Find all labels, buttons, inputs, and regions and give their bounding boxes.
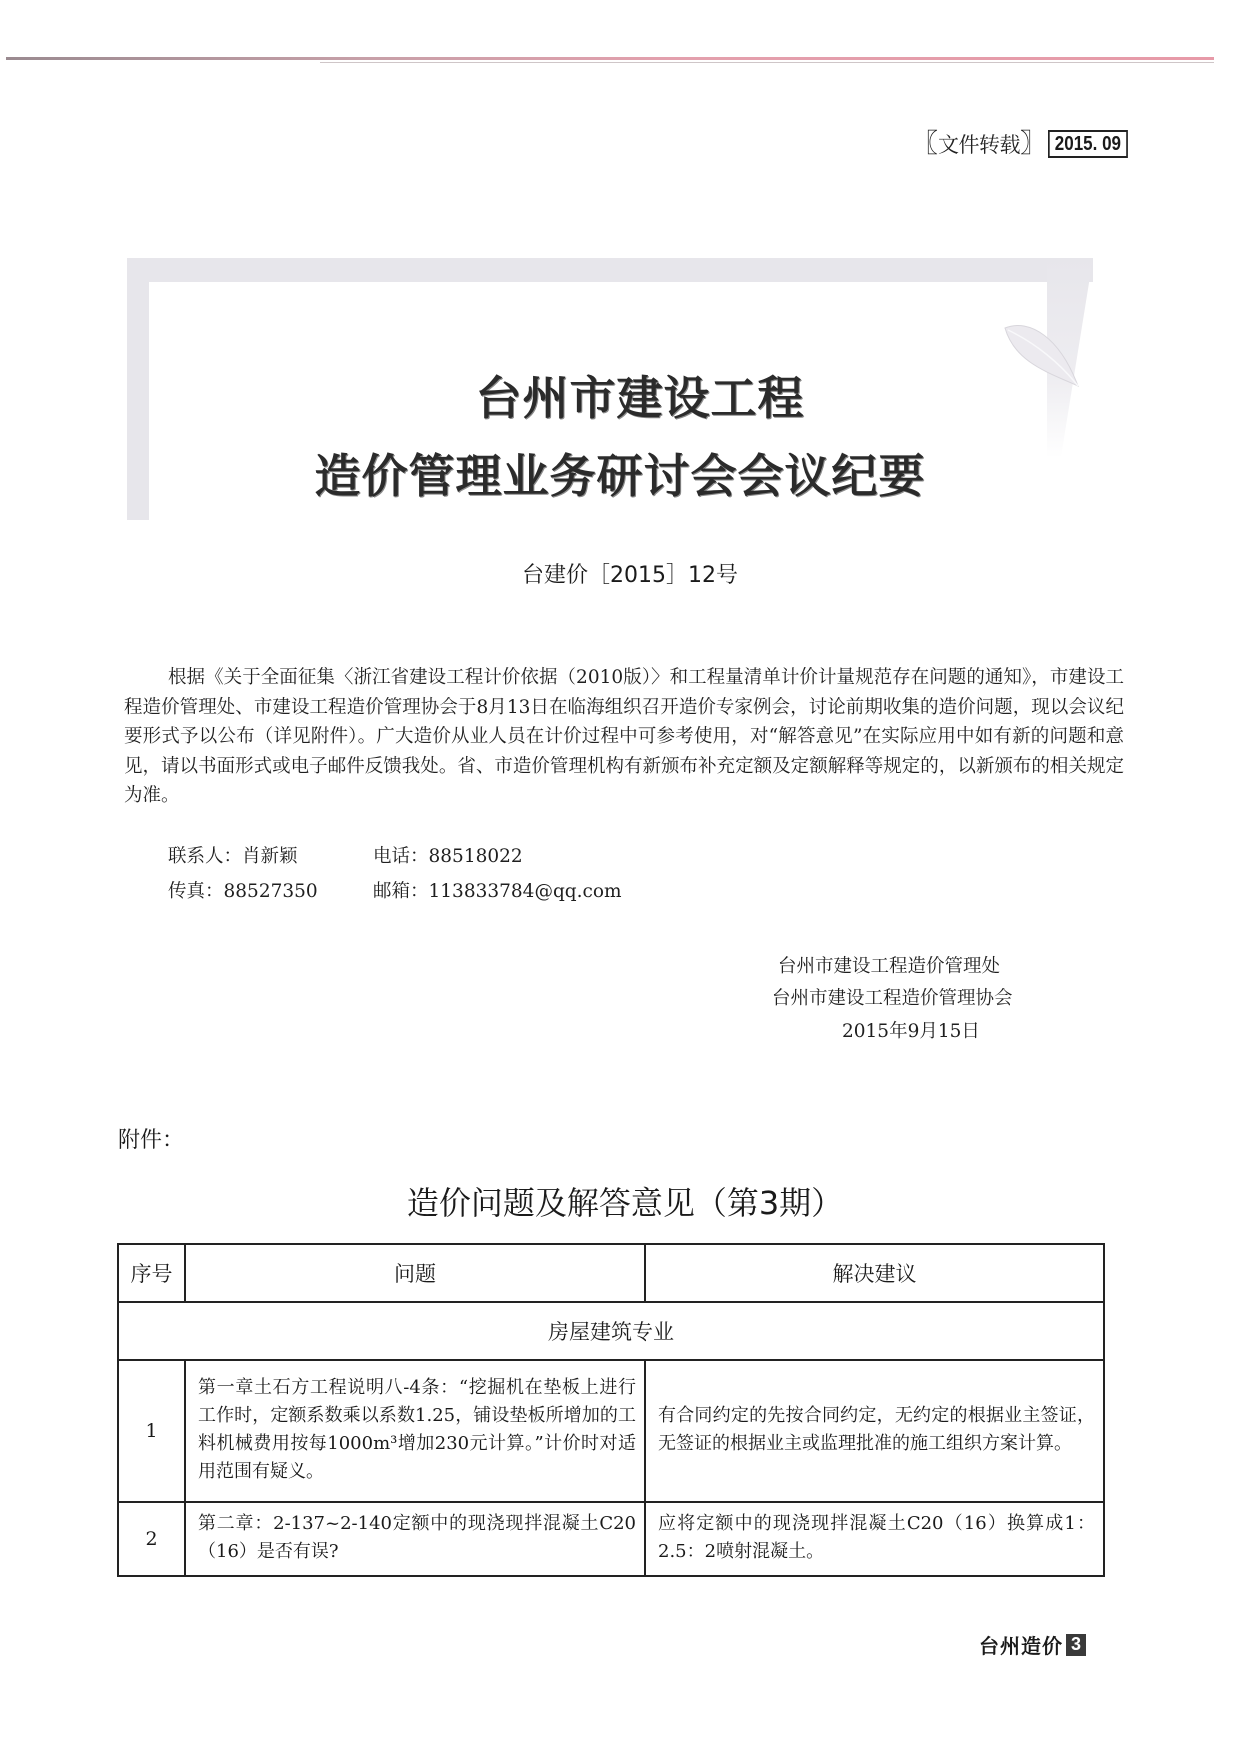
header-question: 问题 — [185, 1244, 645, 1302]
contact-person: 联系人：肖新颖 — [168, 842, 373, 868]
table-section-row: 房屋建筑专业 — [118, 1302, 1104, 1360]
row-number: 1 — [118, 1360, 185, 1502]
contact-phone-label: 电话： — [373, 846, 429, 867]
contact-phone-value: 88518022 — [429, 846, 523, 867]
qa-table: 序号 问题 解决建议 房屋建筑专业 1 第一章土石方工程说明八-4条：“挖掘机在… — [117, 1243, 1105, 1577]
publication-name: 台州造价 — [979, 1630, 1063, 1659]
contact-phone: 电话：88518022 — [373, 842, 523, 868]
contact-person-value: 肖新颖 — [242, 846, 298, 867]
contact-fax: 传真：88527350 — [168, 877, 373, 903]
top-rule-secondary — [320, 62, 1214, 63]
issue-badge: 2015. 09 — [1048, 130, 1128, 158]
contact-line-2: 传真：88527350邮箱：113833784@qq.com — [168, 877, 622, 903]
contact-fax-label: 传真： — [168, 881, 224, 902]
section-tag: 〖 文件转载 〗 2015. 09 — [912, 128, 1142, 160]
document-number: 台建价［2015］12号 — [0, 558, 1240, 589]
row-answer: 应将定额中的现浇现拌混凝土C20（16）换算成1：2.5：2喷射混凝土。 — [645, 1502, 1104, 1576]
page-number: 3 — [1066, 1634, 1086, 1656]
attachment-title: 造价问题及解答意见（第3期） — [0, 1178, 1240, 1224]
page-footer: 台州造价 3 — [979, 1630, 1086, 1659]
signature-date: 2015年9月15日 — [842, 1017, 980, 1043]
header-answer: 解决建议 — [645, 1244, 1104, 1302]
contact-person-label: 联系人： — [168, 846, 242, 867]
page-title-line-2: 造价管理业务研讨会会议纪要 — [0, 440, 1240, 506]
row-number: 2 — [118, 1502, 185, 1576]
header-number: 序号 — [118, 1244, 185, 1302]
signature-org-2: 台州市建设工程造价管理协会 — [772, 984, 1013, 1010]
signature-org-1: 台州市建设工程造价管理处 — [778, 952, 1000, 978]
attachment-label: 附件： — [118, 1123, 184, 1154]
right-bracket-icon: 〗 — [1020, 131, 1046, 157]
row-answer: 有合同约定的先按合同约定，无约定的根据业主签证，无签证的根据业主或监理批准的施工… — [645, 1360, 1104, 1502]
section-label: 文件转载 — [938, 129, 1020, 159]
page-title-line-1: 台州市建设工程 — [0, 362, 1240, 428]
frame-top-bar — [127, 258, 1093, 282]
contact-email: 邮箱：113833784@qq.com — [373, 877, 622, 903]
table-row: 1 第一章土石方工程说明八-4条：“挖掘机在垫板上进行工作时，定额系数乘以系数1… — [118, 1360, 1104, 1502]
contact-email-value: 113833784@qq.com — [429, 881, 622, 902]
top-rule — [6, 57, 1214, 60]
table-row: 2 第二章：2-137~2-140定额中的现浇现拌混凝土C20（16）是否有误?… — [118, 1502, 1104, 1576]
contact-email-label: 邮箱： — [373, 881, 429, 902]
row-question: 第一章土石方工程说明八-4条：“挖掘机在垫板上进行工作时，定额系数乘以系数1.2… — [185, 1360, 645, 1502]
contact-line-1: 联系人：肖新颖电话：88518022 — [168, 842, 523, 868]
section-heading: 房屋建筑专业 — [118, 1302, 1104, 1360]
row-question: 第二章：2-137~2-140定额中的现浇现拌混凝土C20（16）是否有误? — [185, 1502, 645, 1576]
contact-fax-value: 88527350 — [224, 881, 318, 902]
table-header-row: 序号 问题 解决建议 — [118, 1244, 1104, 1302]
body-paragraph: 根据《关于全面征集〈浙江省建设工程计价依据（2010版）〉和工程量清单计价计量规… — [124, 663, 1124, 811]
left-bracket-icon: 〖 — [912, 131, 938, 157]
